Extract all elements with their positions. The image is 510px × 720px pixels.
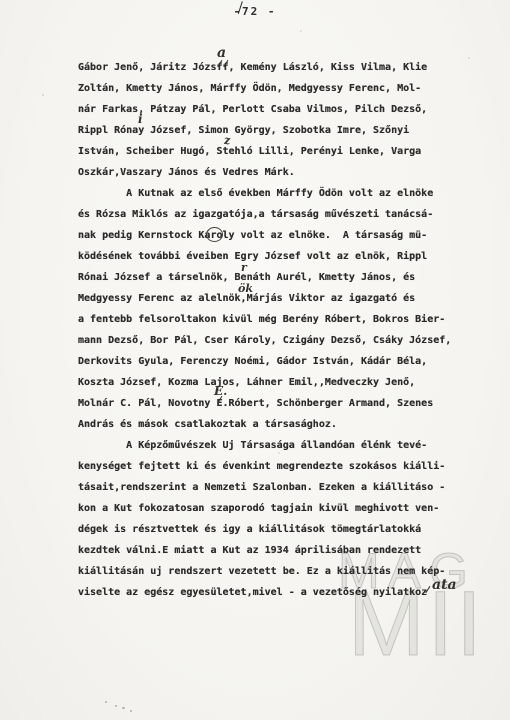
handwritten-circle-mark — [206, 227, 223, 242]
typed-line: kezdtek válni.E miatt a Kut az 1934 ápri… — [78, 540, 473, 561]
typed-line: Oszkár,Vaszary János és Vedres Márk. — [78, 162, 473, 183]
handwritten-correction-bernath: r — [241, 262, 247, 273]
typed-text-block: Gábor Jenő, Járitz Józsff, Kemény László… — [78, 57, 473, 603]
typed-line: ködésének további éveiben Egry József vo… — [78, 246, 473, 267]
typed-line: viselte az egész egyesületet,mivel - a v… — [78, 582, 473, 603]
handwritten-correction-jozsa: a — [217, 46, 226, 60]
typed-line: Molnár C. Pál, Novotny E.Róbert, Schönbe… — [78, 393, 473, 414]
handwritten-correction-alelnok: ök — [238, 283, 253, 294]
typed-line: Derkovits Gyula, Ferenczy Noémi, Gádor I… — [78, 351, 473, 372]
scan-speck — [122, 707, 125, 709]
scanned-document-page: MAG MII -72 - Gábor Jenő, Járitz Józsff,… — [0, 0, 510, 720]
typed-line: A Kutnak az első években Márffy Ödön vol… — [78, 183, 473, 204]
typed-line: Rónai József a társelnök, Benáth Aurél, … — [78, 267, 473, 288]
handwritten-correction-stehlo: z — [224, 135, 230, 146]
scan-speck — [115, 705, 117, 707]
typed-line: mann Dezső, Bor Pál, Cser Károly, Czigán… — [78, 330, 473, 351]
typed-line: A Képzőművészek Uj Társasága állandóan é… — [78, 435, 473, 456]
typed-line: a fentebb felsoroltakon kivül még Berény… — [78, 309, 473, 330]
typed-line: kiállitásán uj rendszert vezetett be. Ez… — [78, 561, 473, 582]
scan-speck — [105, 701, 107, 703]
typed-line: és Rózsa Miklós az igazgatója,a társaság… — [78, 204, 473, 225]
typed-line: Gábor Jenő, Járitz Józsff, Kemény László… — [78, 57, 473, 78]
typed-line: Koszta József, Kozma Lajos, Láhner Emil,… — [78, 372, 473, 393]
handwritten-correction-ronai: i — [138, 113, 143, 125]
typed-line: dégek is résztvettek és igy a kiállitáso… — [78, 519, 473, 540]
handwritten-correction-nyilatkozata: ata — [432, 578, 457, 592]
typed-line: kenységet fejtett ki és évenkint megrend… — [78, 456, 473, 477]
scan-speck — [42, 94, 44, 96]
typed-line: tásait,rendszerint a Nemzeti Szalonban. … — [78, 477, 473, 498]
scan-speck — [468, 57, 470, 59]
typed-line: Zoltán, Kmetty János, Márffy Ödön, Medgy… — [78, 78, 473, 99]
scan-speck — [300, 30, 302, 32]
scan-speck — [278, 452, 280, 454]
typed-line: András és mások csatlakoztak a társaságh… — [78, 414, 473, 435]
typed-line: István, Scheiber Hugó, Stehló Lilli, Per… — [78, 141, 473, 162]
page-number: -72 - — [0, 5, 510, 18]
typed-line: nak pedig Kernstock Károly volt az elnök… — [78, 225, 473, 246]
typed-line: Medgyessy Ferenc az alelnök,Márjás Vikto… — [78, 288, 473, 309]
scan-speck — [130, 710, 132, 712]
typed-line: kon a Kut fokozatosan szaporodó tagjain … — [78, 498, 473, 519]
